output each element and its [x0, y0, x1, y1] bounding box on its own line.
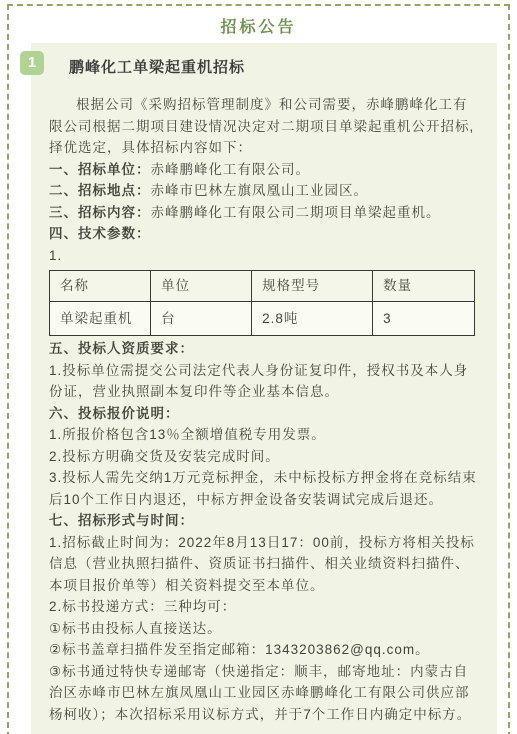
qualification-line: 1.投标单位需提交公司法定代表人身份证复印件，授权书及本人身份证，营业执照副本复… — [49, 360, 479, 403]
table-row: 单梁起重机 台 2.8吨 3 — [50, 302, 475, 336]
announcement-panel: 1 鹏峰化工单梁起重机招标 根据公司《采购招标管理制度》和公司需要，赤峰鹏峰化工… — [31, 43, 497, 734]
col-header-spec: 规格型号 — [252, 271, 373, 302]
table-number: 1. — [49, 245, 479, 267]
section-title[interactable]: 鹏峰化工单梁起重机招标 — [49, 43, 479, 77]
item-label: 三、招标内容： — [49, 205, 151, 220]
cell-spec: 2.8吨 — [252, 302, 373, 336]
col-header-qty: 数量 — [373, 271, 475, 302]
item-text: 赤峰鹏峰化工有限公司。 — [151, 162, 311, 177]
quotation-line: 2.投标方明确交货及安装完成时间。 — [49, 446, 479, 468]
quotation-line: 3.投标人需先交纳1万元竞标押金，未中标投标方押金将在竞标结束后10个工作日内退… — [49, 467, 479, 510]
item-tender-unit: 一、招标单位：赤峰鹏峰化工有限公司。 — [49, 159, 479, 181]
delivery-method-line-express: ③标书通过特快专递邮寄（快递指定：顺丰，邮寄地址：内蒙古自治区赤峰市巴林左旗凤凰… — [49, 661, 479, 726]
intro-paragraph: 根据公司《采购招标管理制度》和公司需要，赤峰鹏峰化工有限公司根据二期项目建设情况… — [49, 94, 479, 159]
col-header-name: 名称 — [50, 271, 151, 302]
item-label: 一、招标单位： — [49, 162, 151, 177]
cell-name: 单梁起重机 — [50, 302, 151, 336]
item-tech-params: 四、技术参数： — [49, 223, 479, 245]
item-tender-location: 二、招标地点：赤峰市巴林左旗凤凰山工业园区。 — [49, 180, 479, 202]
section-heading-quotation: 六、投标报价说明： — [49, 403, 479, 425]
page-title: 招标公告 — [0, 14, 517, 37]
cell-qty: 3 — [373, 302, 475, 336]
item-tender-content: 三、招标内容：赤峰鹏峰化工有限公司二期项目单梁起重机。 — [49, 202, 479, 224]
cell-unit: 台 — [151, 302, 252, 336]
col-header-unit: 单位 — [151, 271, 252, 302]
delivery-method-line-email: ②标书盖章扫描件发至指定邮箱：1343203862@qq.com。 — [49, 639, 479, 661]
announcement-body: 根据公司《采购招标管理制度》和公司需要，赤峰鹏峰化工有限公司根据二期项目建设情况… — [49, 94, 479, 725]
form-time-line: 1.招标截止时间为：2022年8月13日17：00前，投标方将相关投标信息（营业… — [49, 532, 479, 597]
spec-table: 名称 单位 规格型号 数量 单梁起重机 台 2.8吨 3 — [49, 270, 475, 336]
section-heading-qualifications: 五、投标人资质要求： — [49, 338, 479, 360]
quotation-line: 1.所报价格包含13％全额增值税专用发票。 — [49, 424, 479, 446]
item-text: 赤峰市巴林左旗凤凰山工业园区。 — [151, 183, 369, 198]
delivery-method-line: ①标书由投标人直接送达。 — [49, 618, 479, 640]
section-number-badge: 1 — [20, 51, 44, 75]
form-time-line: 2.标书投递方式：三种均可： — [49, 596, 479, 618]
section-heading-form-time: 七、招标形式与时间： — [49, 510, 479, 532]
item-label: 二、招标地点： — [49, 183, 151, 198]
table-header-row: 名称 单位 规格型号 数量 — [50, 271, 475, 302]
item-text: 赤峰鹏峰化工有限公司二期项目单梁起重机。 — [151, 205, 441, 220]
item-label: 四、技术参数： — [49, 226, 151, 241]
